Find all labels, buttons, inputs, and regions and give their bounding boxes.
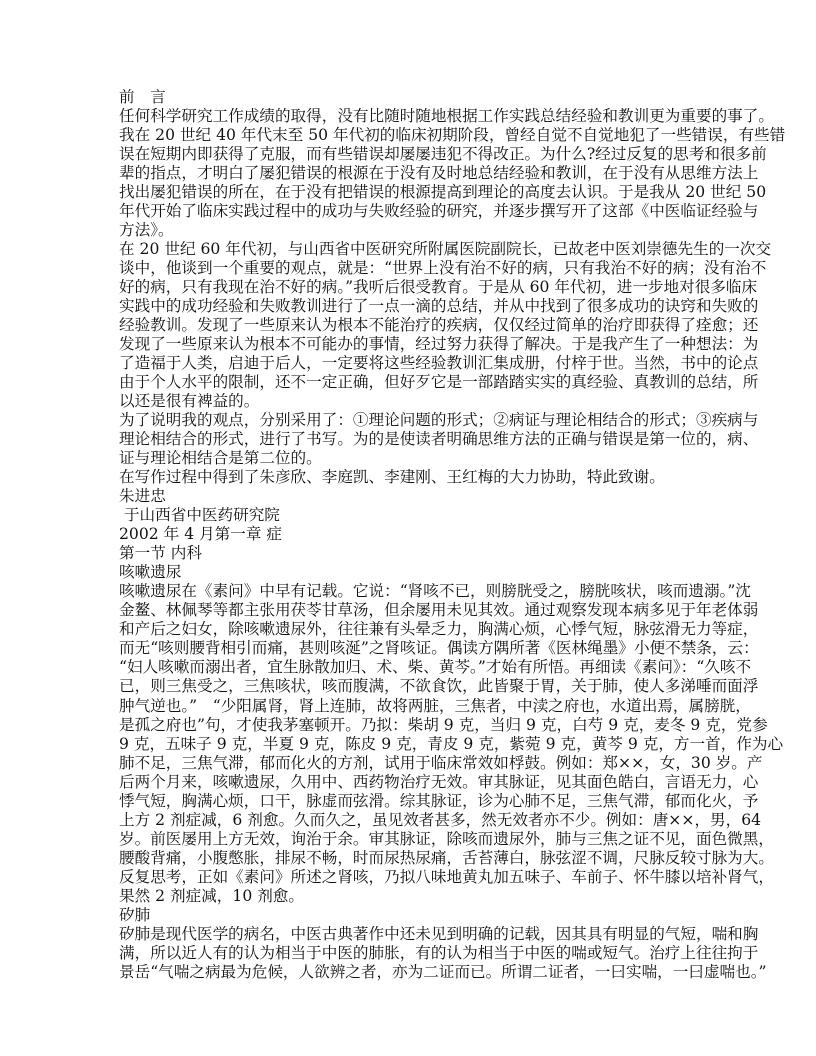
text-line: 和产后之妇女，除咳嗽遗尿外，往往兼有头晕乏力，胸满心烦，心悸气短，脉弦滑无力等症… [119, 620, 719, 639]
document-page: 前 言 任何科学研究工作成绩的取得，没有比随时随地根据工作实践总结经验和教训更为… [119, 88, 719, 982]
topic-title-cough-enuresis: 咳嗽遗尿 [119, 563, 719, 582]
topic-body-cough-enuresis: 咳嗽遗尿在《素问》中早有记载。它说：“肾咳不已，则膀胱受之，膀胱咳状，咳而遗溺。… [119, 582, 719, 905]
topic-title-silicosis: 矽肺 [119, 906, 719, 925]
section-title: 第一节 内科 [119, 544, 719, 563]
text-line: 而无“咳则腰背相引而痛，甚则咳涎”之肾咳证。偶读方隅所著《医林绳墨》小便不禁条，… [119, 639, 719, 658]
text-line: 实践中的成功经验和失败教训进行了一点一滴的总结，并从中找到了很多成功的诀窍和失败… [119, 297, 719, 316]
text-line: 好的病，只有我现在治不好的病。”我听后很受教育。于是从 60 年代初，进一步地对… [119, 278, 719, 297]
text-line: 是孤之府也”句，才使我茅塞顿开。乃拟：柴胡 9 克，当归 9 克，白芍 9 克，… [119, 716, 719, 735]
text-line: 了造福于人类，启迪于后人，一定要将这些经验教训汇集成册，付梓于世。当然，书中的论… [119, 354, 719, 373]
text-line: 证与理论相结合是第二位的。 [119, 449, 719, 468]
text-line: 腰酸背痛，小腹憋胀，排尿不畅，时而尿热尿痛，舌苔薄白，脉弦涩不调，尺脉反较寸脉为… [119, 849, 719, 868]
preface-title: 前 言 [119, 88, 719, 107]
text-line: 在写作过程中得到了朱彦欣、李庭凯、李建刚、王红梅的大力协助，特此致谢。 [119, 468, 719, 487]
text-line: 反复思考，正如《素问》所述之肾咳，乃拟八味地黄丸加五味子、车前子、怀牛膝以培补肾… [119, 868, 719, 887]
text-line: 在 20 世纪 60 年代初，与山西省中医研究所附属医院副院长，已故老中医刘崇德… [119, 240, 719, 259]
text-line: 上方 2 剂症减，6 剂愈。久而久之，虽见效者甚多，然无效者亦不少。例如：唐××… [119, 811, 719, 830]
text-line: 矽肺是现代医学的病名，中医古典著作中还未见到明确的记载，因其具有明显的气短，喘和… [119, 925, 719, 944]
text-line: 果然 2 剂症减，10 剂愈。 [119, 887, 719, 906]
text-line: 找出屡犯错误的所在，在于没有把错误的根源提高到理论的高度去认识。于是我从 20 … [119, 183, 719, 202]
text-line: 任何科学研究工作成绩的取得，没有比随时随地根据工作实践总结经验和教训更为重要的事… [119, 107, 719, 126]
text-line: 我在 20 世纪 40 年代末至 50 年代初的临床初期阶段，曾经自觉不自觉地犯… [119, 126, 719, 145]
text-line: 悸气短，胸满心烦，口干，脉虚而弦滑。综其脉证，诊为心肺不足，三焦气滞，郁而化火，… [119, 792, 719, 811]
text-line: 岁。前医屡用上方无效，询治于余。审其脉证，除咳而遗尿外，肺与三焦之证不见，面色微… [119, 830, 719, 849]
text-line: 发现了一些原来认为根本不可能办的事情，经过努力获得了解决。于是我产生了一种想法：… [119, 335, 719, 354]
author-institution: 于山西省中医药研究院 [119, 506, 719, 525]
preface-acknowledgement: 在写作过程中得到了朱彦欣、李庭凯、李建刚、王红梅的大力协助，特此致谢。 [119, 468, 719, 487]
text-line: 辈的指点，才明白了屡犯错误的根源在于没有及时地总结经验和教训，在于没有从思维方法… [119, 164, 719, 183]
text-line: 满，所以近人有的认为相当于中医的肺胀，有的认为相当于中医的喘或短气。治疗上往往拘… [119, 944, 719, 963]
text-line: 后两个月来，咳嗽遗尿，久用中、西药物治疗无效。审其脉证，见其面色皓白，言语无力，… [119, 773, 719, 792]
preface-paragraph-2: 在 20 世纪 60 年代初，与山西省中医研究所附属医院副院长，已故老中医刘崇德… [119, 240, 719, 411]
topic-body-silicosis: 矽肺是现代医学的病名，中医古典著作中还未见到明确的记载，因其具有明显的气短，喘和… [119, 925, 719, 982]
text-line: 金鳌、林佩琴等都主张用茯苓甘草汤，但余屡用未见其效。通过观察发现本病多见于年老体… [119, 601, 719, 620]
text-line: 肺不足，三焦气滞，郁而化火的方剂，试用于临床常效如桴鼓。例如：郑××，女，30 … [119, 754, 719, 773]
text-line: 9 克，五味子 9 克，半夏 9 克，陈皮 9 克，青皮 9 克，紫菀 9 克，… [119, 735, 719, 754]
text-line: 方法》。 [119, 221, 719, 240]
date-and-chapter-title: 2002 年 4 月第一章 症 [119, 525, 719, 544]
text-line: 景岳“气喘之病最为危候，人欲辨之者，亦为二证而已。所谓二证者，一曰实喘，一曰虚喘… [119, 963, 719, 982]
text-line: 已，则三焦受之，三焦咳状，咳而腹满，不欲食饮，此皆聚于胃，关于肺，使人多涕唾而面… [119, 677, 719, 696]
text-line: “妇人咳嗽而溺出者，宜生脉散加归、术、柴、黄芩。”才始有所悟。再细读《素问》：“… [119, 658, 719, 677]
text-line: 肿气逆也。” “少阳属肾，肾上连肺，故将两脏，三焦者，中渎之府也，水道出焉，属膀… [119, 697, 719, 716]
preface-paragraph-1: 任何科学研究工作成绩的取得，没有比随时随地根据工作实践总结经验和教训更为重要的事… [119, 107, 719, 240]
text-line: 为了说明我的观点，分别采用了：①理论问题的形式；②病证与理论相结合的形式；③疾病… [119, 411, 719, 430]
text-line: 由于个人水平的限制，还不一定正确，但好歹它是一部踏踏实实的真经验、真教训的总结，… [119, 373, 719, 392]
text-line: 谈中，他谈到一个重要的观点，就是：“世界上没有治不好的病，只有我治不好的病；没有… [119, 259, 719, 278]
text-line: 以还是很有裨益的。 [119, 392, 719, 411]
author-name: 朱进忠 [119, 487, 719, 506]
preface-paragraph-3: 为了说明我的观点，分别采用了：①理论问题的形式；②病证与理论相结合的形式；③疾病… [119, 411, 719, 468]
text-line: 经验教训。发现了一些原来认为根本不能治疗的疾病，仅仅经过简单的治疗即获得了痊愈；… [119, 316, 719, 335]
text-line: 理论相结合的形式，进行了书写。为的是使读者明确思维方法的正确与错误是第一位的，病… [119, 430, 719, 449]
text-line: 误在短期内即获得了克服，而有些错误却屡屡违犯不得改正。为什么?经过反复的思考和很… [119, 145, 719, 164]
text-line: 年代开始了临床实践过程中的成功与失败经验的研究，并逐步撰写开了这部《中医临证经验… [119, 202, 719, 221]
text-line: 咳嗽遗尿在《素问》中早有记载。它说：“肾咳不已，则膀胱受之，膀胱咳状，咳而遗溺。… [119, 582, 719, 601]
